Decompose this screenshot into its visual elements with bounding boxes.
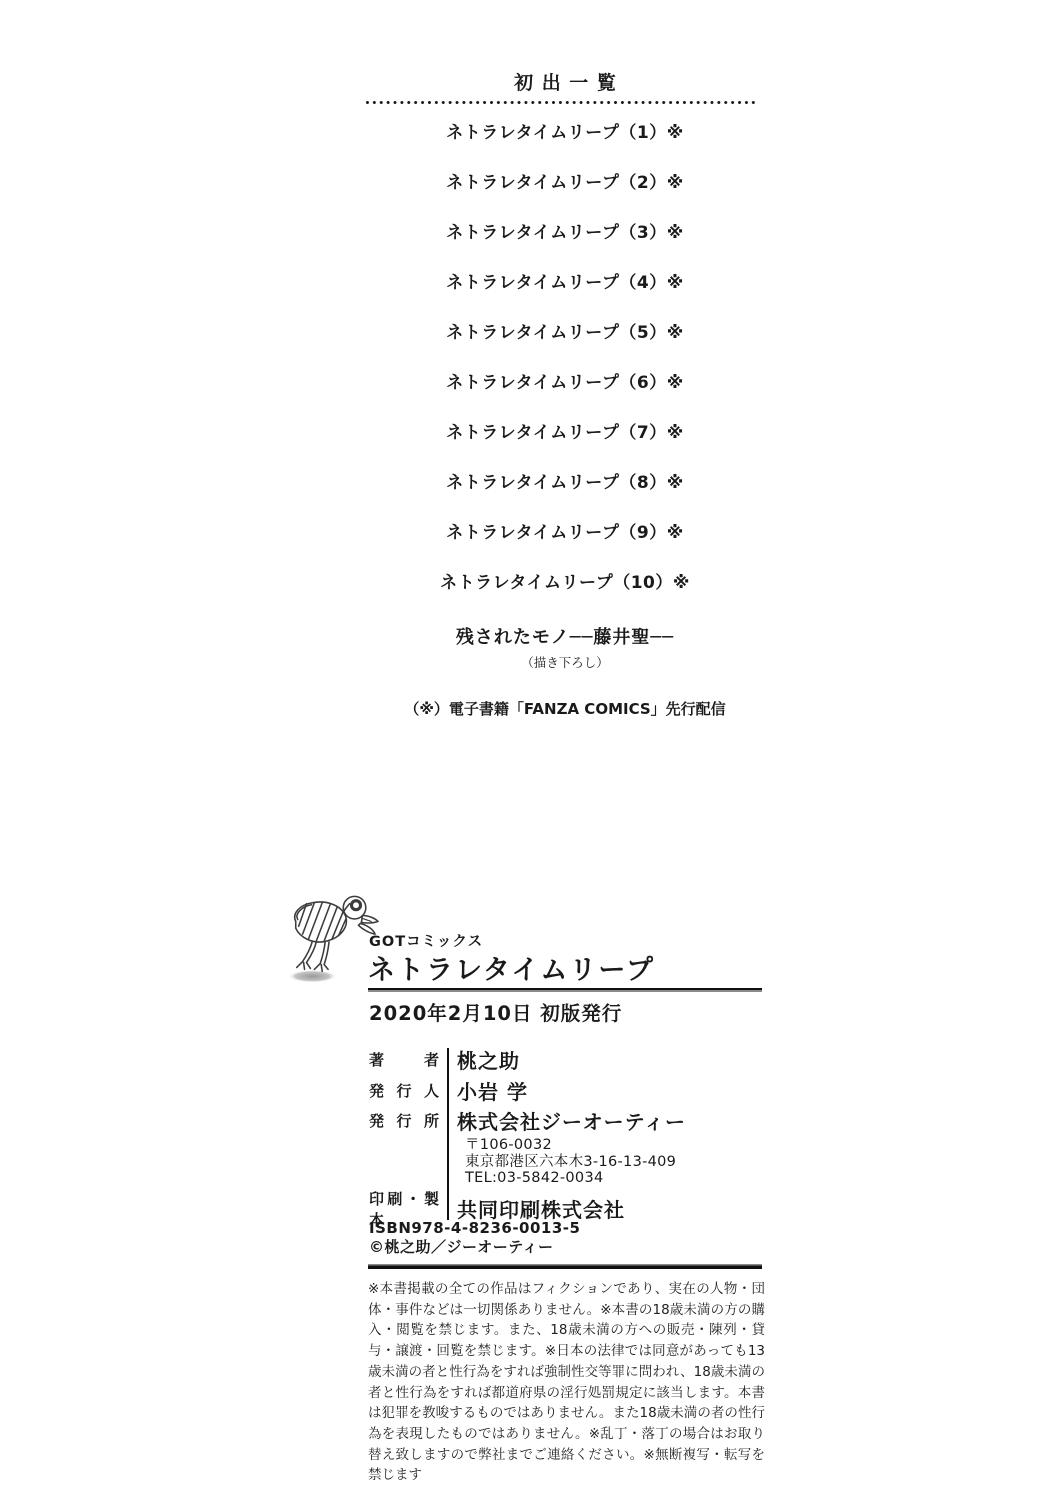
list-item: ネトラレタイムリープ（8）※: [365, 455, 765, 505]
isbn: ISBN978-4-8236-0013-5: [369, 1219, 580, 1238]
credit-row-publisher-person: 発行人 小岩 学: [369, 1075, 765, 1106]
postal-code: 〒106-0032: [465, 1137, 765, 1154]
disclaimer-rule: [368, 1264, 762, 1269]
credit-label: 発行所: [369, 1110, 439, 1131]
phone-number: TEL:03-5842-0034: [465, 1170, 765, 1187]
credit-label: 著者: [369, 1049, 439, 1070]
isbn-block: ISBN978-4-8236-0013-5 ©桃之助／ジーオーティー: [369, 1219, 580, 1257]
list-item: ネトラレタイムリープ（5）※: [365, 305, 765, 355]
list-item: ネトラレタイムリープ（2）※: [365, 155, 765, 205]
edition-date: 2020年2月10日 初版発行: [369, 998, 622, 1026]
copyright: ©桃之助／ジーオーティー: [369, 1238, 580, 1257]
legal-disclaimer: ※本書掲載の全ての作品はフィクションであり、実在の人物・団体・事件などは一切関係…: [368, 1279, 765, 1449]
credit-label: 発行人: [369, 1080, 439, 1101]
list-item: ネトラレタイムリープ（10）※: [365, 555, 765, 605]
bonus-work-note: （描き下ろし）: [365, 653, 765, 671]
list-item: ネトラレタイムリープ（9）※: [365, 505, 765, 555]
list-item: ネトラレタイムリープ（4）※: [365, 255, 765, 305]
bonus-work-title: 残されたモノ──藤井聖──: [365, 623, 765, 649]
works-list: ネトラレタイムリープ（1）※ ネトラレタイムリープ（2）※ ネトラレタイムリープ…: [365, 105, 765, 605]
publisher-bird-icon: [283, 891, 381, 989]
list-item: ネトラレタイムリープ（6）※: [365, 355, 765, 405]
credit-row-author: 著者 桃之助: [369, 1044, 765, 1075]
list-item: ネトラレタイムリープ（1）※: [365, 105, 765, 155]
first-publication-heading: 初出一覧: [365, 68, 765, 95]
list-item: ネトラレタイムリープ（7）※: [365, 405, 765, 455]
credit-value: 桃之助: [457, 1045, 520, 1074]
bonus-work: 残されたモノ──藤井聖── （描き下ろし）: [365, 623, 765, 671]
digital-edition-footnote: （※）電子書籍「FANZA COMICS」先行配信: [365, 698, 765, 719]
credit-value: 小岩 学: [457, 1076, 528, 1105]
credit-value: 株式会社ジーオーティー: [457, 1106, 686, 1135]
credits-table: 著者 桃之助 発行人 小岩 学 発行所 株式会社ジーオーティー 〒106-003…: [369, 1044, 765, 1224]
credit-row-publishing-house: 発行所 株式会社ジーオーティー: [369, 1106, 765, 1135]
title-rule: [368, 988, 762, 992]
book-title: ネトラレタイムリープ: [368, 948, 655, 987]
colophon-page: 初出一覧 ネトラレタイムリープ（1）※ ネトラレタイムリープ（2）※ ネトラレタ…: [0, 0, 1057, 1500]
publisher-address: 〒106-0032 東京都港区六本木3-16-13-409 TEL:03-584…: [465, 1135, 765, 1187]
address-line: 東京都港区六本木3-16-13-409: [465, 1154, 765, 1171]
list-item: ネトラレタイムリープ（3）※: [365, 205, 765, 255]
